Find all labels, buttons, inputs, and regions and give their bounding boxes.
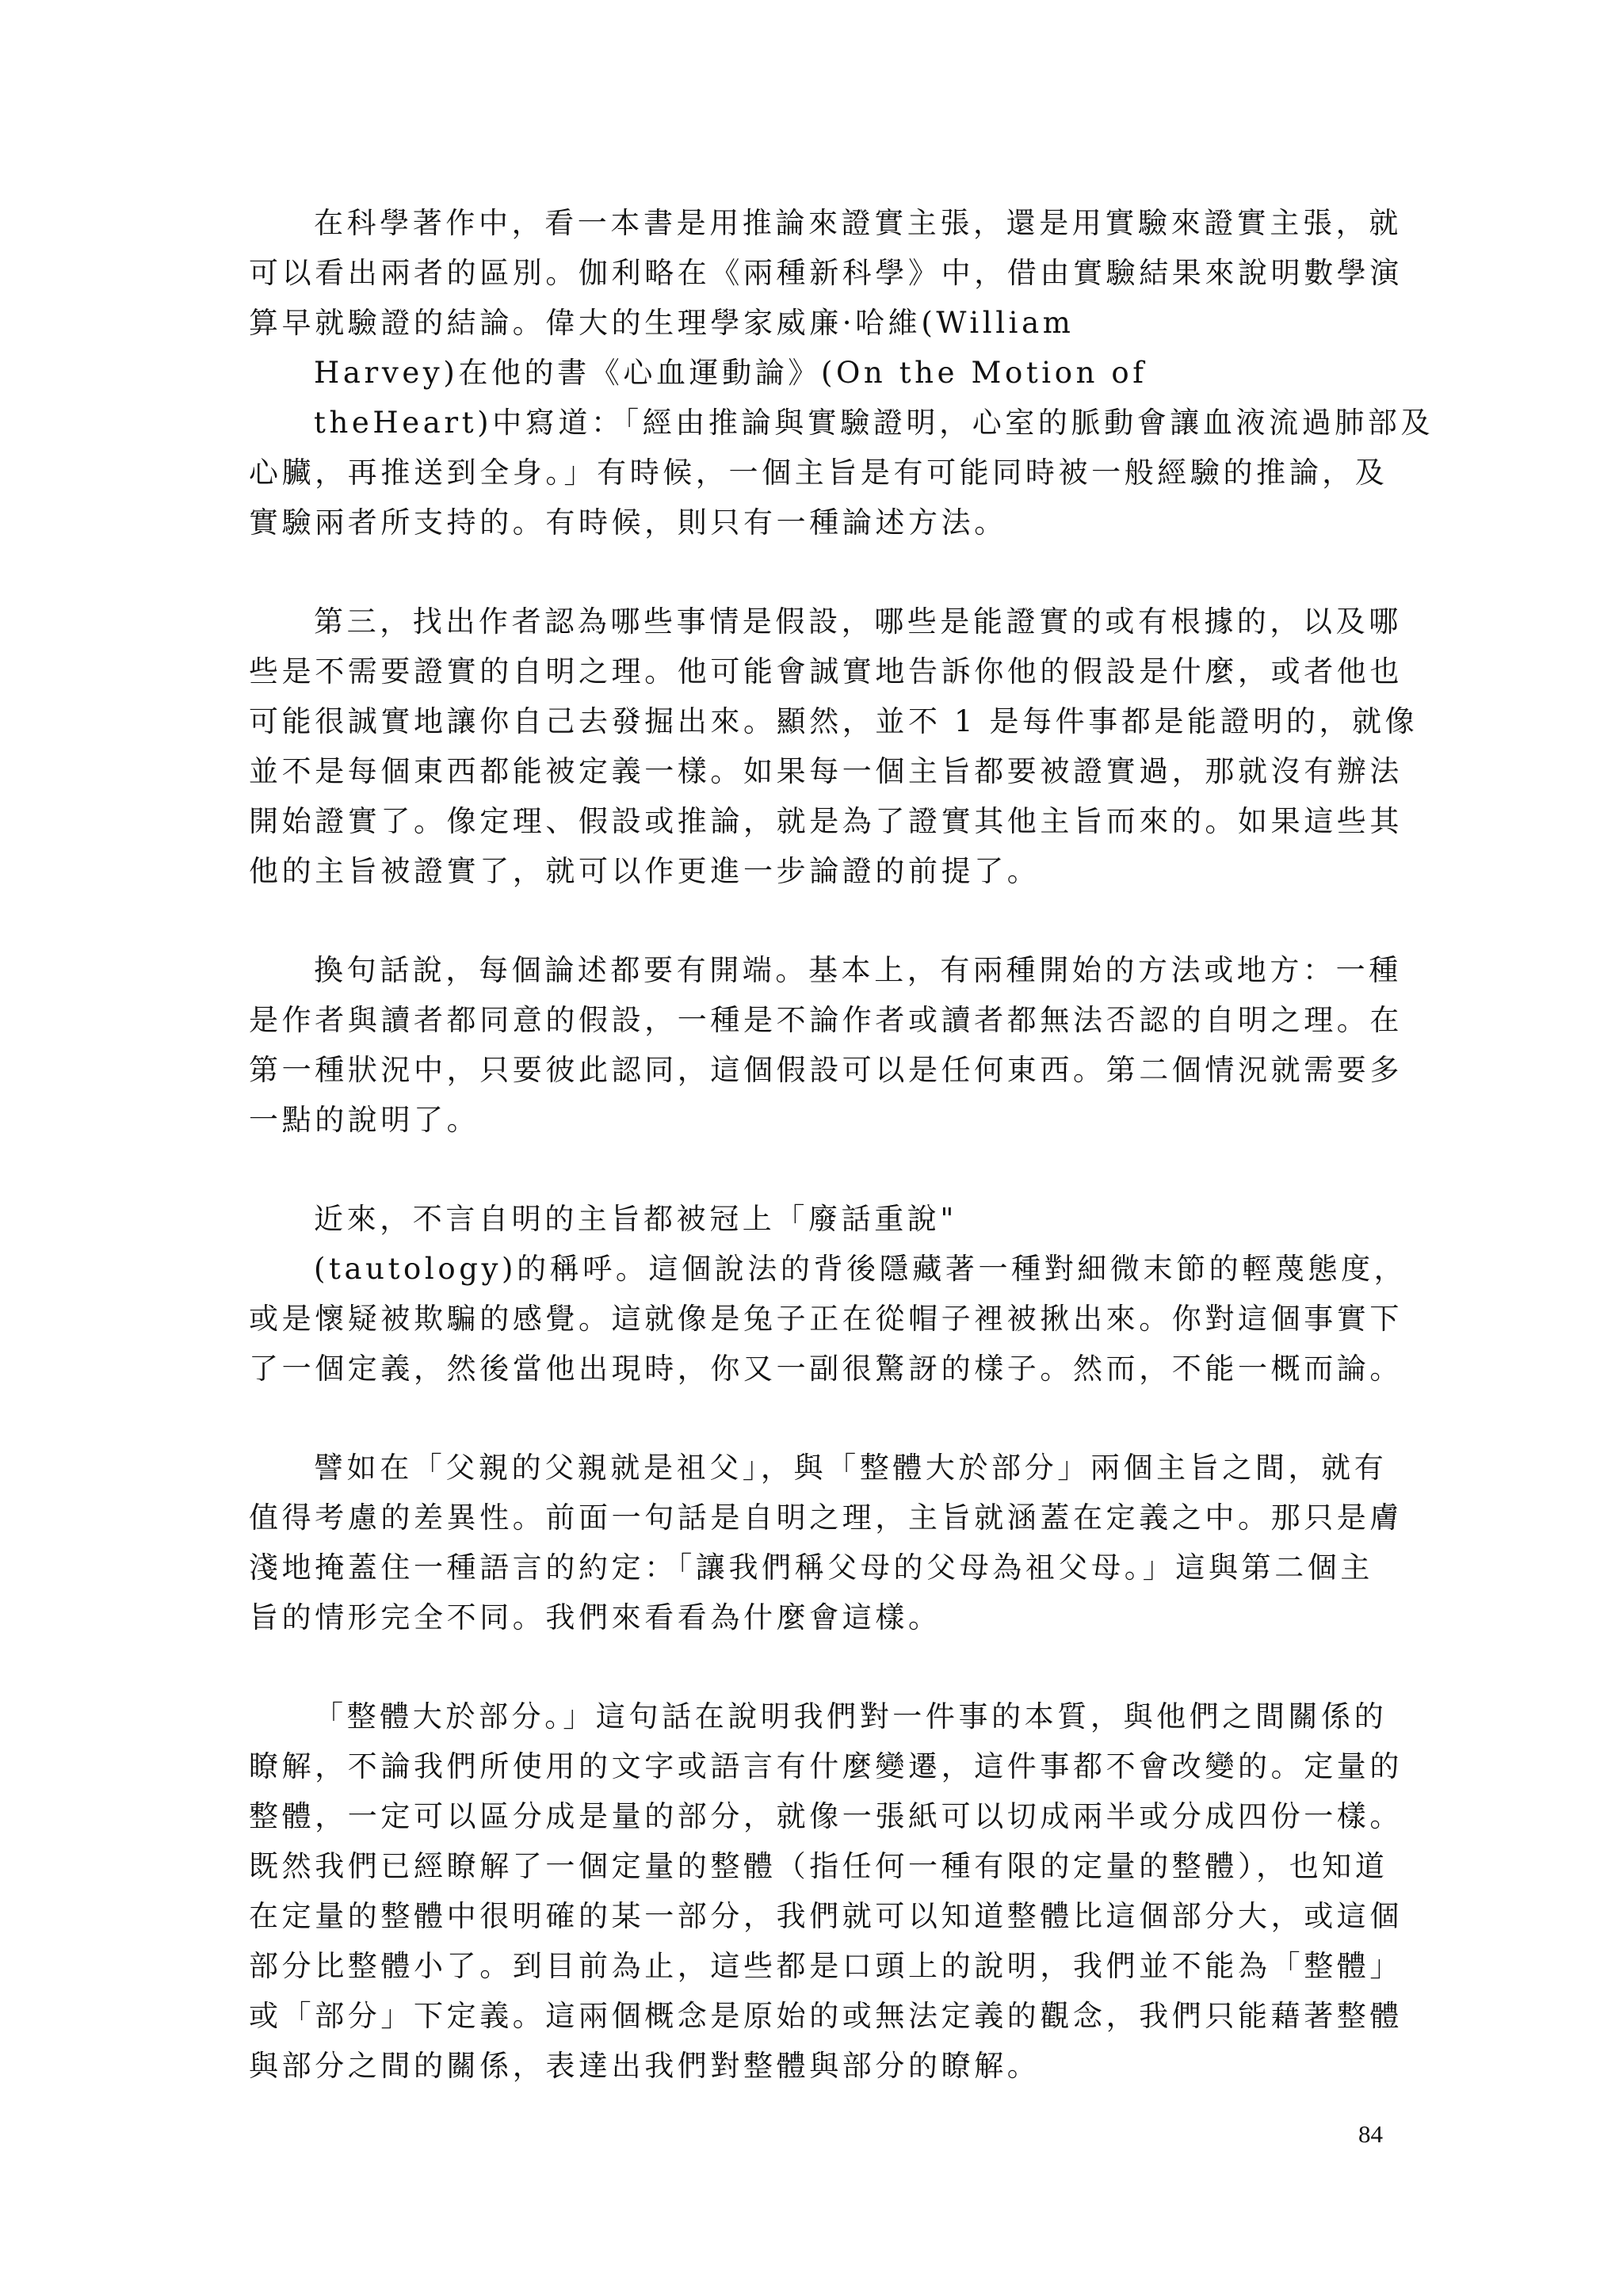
text-line: Harvey)在他的書《心血運動論》(On the Motion of — [249, 348, 1382, 398]
text-line: theHeart)中寫道：「經由推論與實驗證明，心室的脈動會讓血液流過肺部及 — [249, 398, 1382, 448]
text-line: 譬如在「父親的父親就是祖父」，與「整體大於部分」兩個主旨之間，就有 — [249, 1443, 1382, 1493]
text-line: 實驗兩者所支持的。有時候，則只有一種論述方法。 — [249, 498, 1382, 547]
text-line: 或「部分」下定義。這兩個概念是原始的或無法定義的觀念，我們只能藉著整體 — [249, 1991, 1382, 2041]
body-text: 在科學著作中，看一本書是用推論來證實主張，還是用實驗來證實主張，就 可以看出兩者… — [249, 198, 1382, 2140]
text-line: 第三，找出作者認為哪些事情是假設，哪些是能證實的或有根據的，以及哪 — [249, 597, 1382, 646]
text-line: 算早就驗證的結論。偉大的生理學家威廉·哈維(William — [249, 298, 1382, 348]
paragraph-grandfather-example: 譬如在「父親的父親就是祖父」，與「整體大於部分」兩個主旨之間，就有 值得考慮的差… — [249, 1443, 1382, 1642]
text-line: 部分比整體小了。到目前為止，這些都是口頭上的說明，我們並不能為「整體」 — [249, 1941, 1382, 1991]
paragraph-scientific-works: 在科學著作中，看一本書是用推論來證實主張，還是用實驗來證實主張，就 可以看出兩者… — [249, 198, 1382, 547]
text-line: 開始證實了。像定理、假設或推論，就是為了證實其他主旨而來的。如果這些其 — [249, 796, 1382, 846]
text-line: 既然我們已經瞭解了一個定量的整體（指任何一種有限的定量的整體），也知道 — [249, 1841, 1382, 1891]
text-line: 瞭解，不論我們所使用的文字或語言有什麼變遷，這件事都不會改變的。定量的 — [249, 1741, 1382, 1791]
text-line: (tautology)的稱呼。這個說法的背後隱藏著一種對細微末節的輕蔑態度， — [249, 1244, 1382, 1294]
text-line: 可能很誠實地讓你自己去發掘出來。顯然，並不 1 是每件事都是能證明的，就像 — [249, 696, 1382, 746]
text-line: 並不是每個東西都能被定義一樣。如果每一個主旨都要被證實過，那就沒有辦法 — [249, 746, 1382, 796]
page-number: 84 — [1358, 2120, 1383, 2149]
paragraph-starting-points: 換句話說，每個論述都要有開端。基本上，有兩種開始的方法或地方：一種 是作者與讀者… — [249, 945, 1382, 1145]
text-line: 與部分之間的關係，表達出我們對整體與部分的瞭解。 — [249, 2041, 1382, 2091]
document-page: 在科學著作中，看一本書是用推論來證實主張，還是用實驗來證實主張，就 可以看出兩者… — [0, 0, 1623, 2296]
paragraph-whole-and-part: 「整體大於部分。」這句話在說明我們對一件事的本質，與他們之間關係的 瞭解，不論我… — [249, 1691, 1382, 2091]
text-line: 可以看出兩者的區別。伽利略在《兩種新科學》中，借由實驗結果來說明數學演 — [249, 248, 1382, 298]
paragraph-tautology: 近來，不言自明的主旨都被冠上「廢話重說" (tautology)的稱呼。這個說法… — [249, 1194, 1382, 1394]
text-line: 心臟，再推送到全身。」有時候，一個主旨是有可能同時被一般經驗的推論，及 — [249, 448, 1382, 498]
text-line: 在定量的整體中很明確的某一部分，我們就可以知道整體比這個部分大，或這個 — [249, 1891, 1382, 1941]
paragraph-assumptions: 第三，找出作者認為哪些事情是假設，哪些是能證實的或有根據的，以及哪 些是不需要證… — [249, 597, 1382, 896]
text-line: 值得考慮的差異性。前面一句話是自明之理，主旨就涵蓋在定義之中。那只是膚 — [249, 1493, 1382, 1543]
text-line: 旨的情形完全不同。我們來看看為什麼會這樣。 — [249, 1592, 1382, 1642]
text-line: 或是懷疑被欺騙的感覺。這就像是兔子正在從帽子裡被揪出來。你對這個事實下 — [249, 1294, 1382, 1344]
text-line: 他的主旨被證實了，就可以作更進一步論證的前提了。 — [249, 846, 1382, 896]
text-line: 換句話說，每個論述都要有開端。基本上，有兩種開始的方法或地方：一種 — [249, 945, 1382, 995]
text-line: 近來，不言自明的主旨都被冠上「廢話重說" — [249, 1194, 1382, 1244]
text-line: 一點的說明了。 — [249, 1095, 1382, 1145]
text-line: 淺地掩蓋住一種語言的約定：「讓我們稱父母的父母為祖父母。」這與第二個主 — [249, 1543, 1382, 1592]
text-line: 第一種狀況中，只要彼此認同，這個假設可以是任何東西。第二個情況就需要多 — [249, 1045, 1382, 1095]
text-line: 整體，一定可以區分成是量的部分，就像一張紙可以切成兩半或分成四份一樣。 — [249, 1791, 1382, 1841]
text-line: 「整體大於部分。」這句話在說明我們對一件事的本質，與他們之間關係的 — [249, 1691, 1382, 1741]
text-line: 在科學著作中，看一本書是用推論來證實主張，還是用實驗來證實主張，就 — [249, 198, 1382, 248]
text-line: 是作者與讀者都同意的假設，一種是不論作者或讀者都無法否認的自明之理。在 — [249, 995, 1382, 1045]
text-line: 些是不需要證實的自明之理。他可能會誠實地告訴你他的假設是什麼，或者他也 — [249, 646, 1382, 696]
text-line: 了一個定義，然後當他出現時，你又一副很驚訝的樣子。然而，不能一概而論。 — [249, 1344, 1382, 1394]
